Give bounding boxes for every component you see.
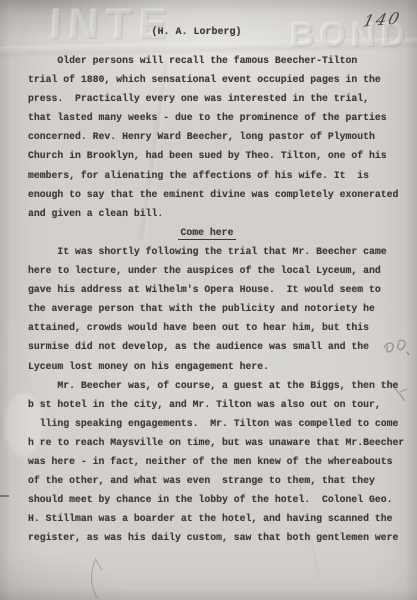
left-edge-pencil-dash bbox=[0, 495, 9, 497]
attribution-line: (H. A. Lorberg) bbox=[0, 27, 405, 38]
section-heading: Come here bbox=[18, 223, 396, 242]
watermark-text-left: INTE bbox=[49, 0, 175, 48]
document-body: Older persons will recall the famous Bee… bbox=[28, 51, 406, 547]
scanned-typescript-page: INTE BOND 140 (H. A. Lorberg) Older pers… bbox=[0, 0, 417, 600]
paragraph-one: Older persons will recall the famous Bee… bbox=[28, 51, 406, 223]
paragraph-three: Mr. Beecher was, of course, a guest at t… bbox=[28, 376, 406, 548]
paragraph-two: It was shortly following the trial that … bbox=[28, 242, 406, 376]
pencil-scratch-mark bbox=[78, 558, 118, 600]
pencil-scribble-mark bbox=[374, 332, 417, 422]
